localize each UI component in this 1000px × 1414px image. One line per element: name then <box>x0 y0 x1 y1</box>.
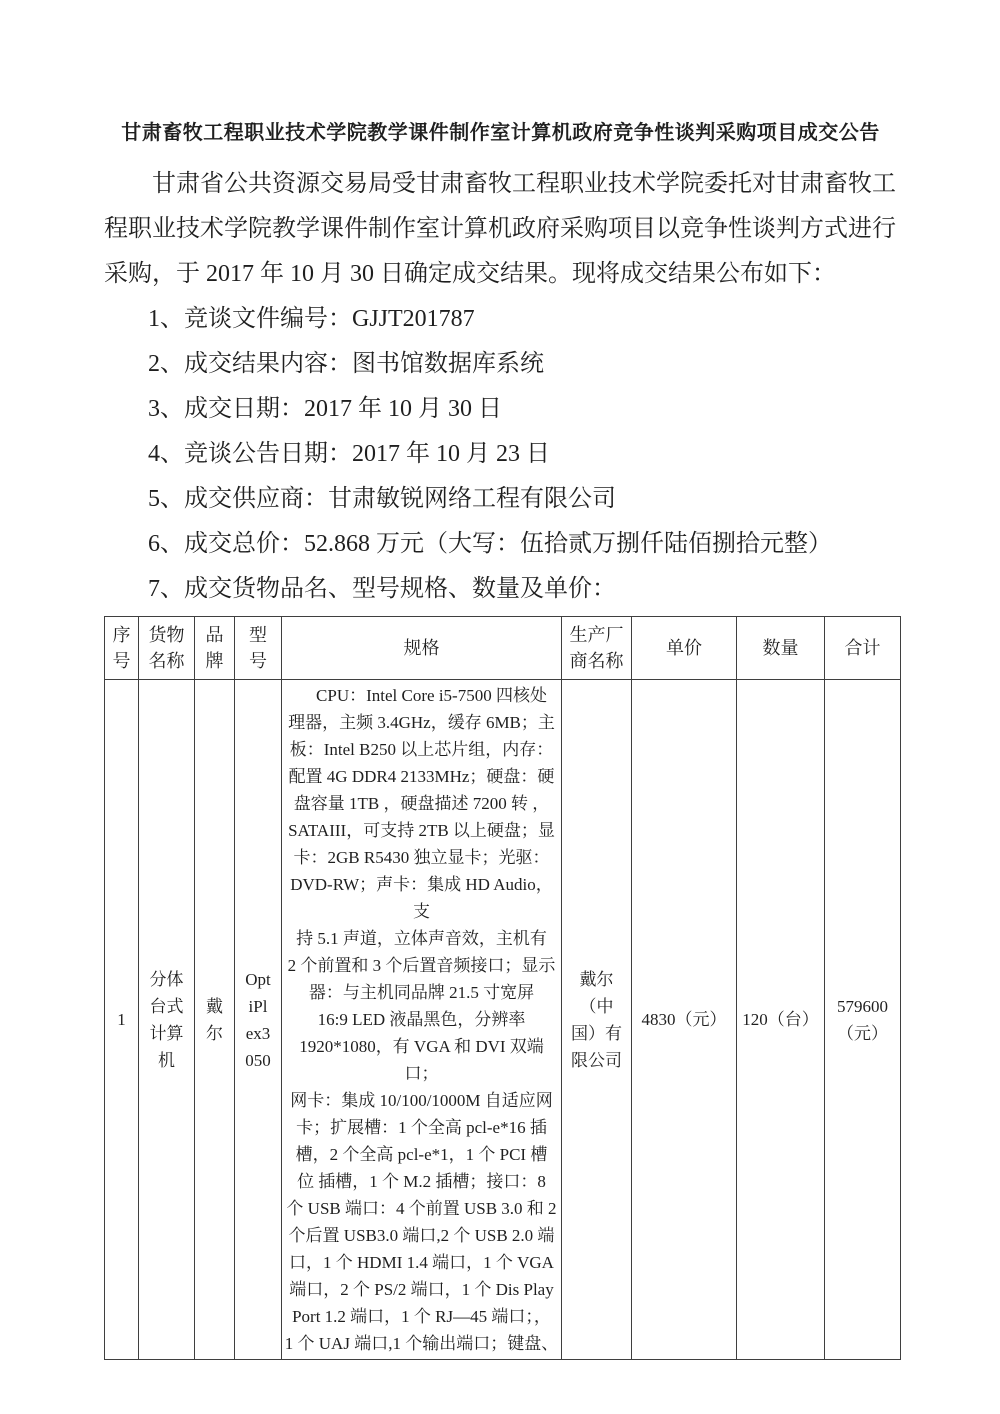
table-row: 1 分体 台式 计算 机 戴 尔 Opt iPl ex3 050 CPU：Int… <box>105 680 901 1360</box>
cell-brand: 戴 尔 <box>195 680 235 1360</box>
header-model: 型 号 <box>235 617 282 680</box>
cell-serial-no: 1 <box>105 680 139 1360</box>
numbered-list: 1、竞谈文件编号：GJJT201787 2、成交结果内容：图书馆数据库系统 3、… <box>104 297 897 612</box>
table-header-row: 序 号 货物 名称 品 牌 型 号 规格 生产厂 商名称 单价 数量 合计 <box>105 617 901 680</box>
cell-unit-price: 4830（元） <box>632 680 737 1360</box>
header-brand: 品 牌 <box>195 617 235 680</box>
list-item-total-price: 6、成交总价：52.868 万元（大写：伍拾贰万捌仟陆佰捌拾元整） <box>104 522 897 567</box>
list-item-award-date: 3、成交日期：2017 年 10 月 30 日 <box>104 387 897 432</box>
list-item-award-content: 2、成交结果内容：图书馆数据库系统 <box>104 342 897 387</box>
header-quantity: 数量 <box>737 617 825 680</box>
cell-manufacturer: 戴尔 （中 国）有 限公司 <box>562 680 632 1360</box>
cell-spec: CPU：Intel Core i5-7500 四核处 理器，主频 3.4GHz，… <box>282 680 562 1360</box>
cell-quantity: 120（台） <box>737 680 825 1360</box>
cell-total: 579600 （元） <box>825 680 901 1360</box>
list-item-supplier: 5、成交供应商：甘肃敏锐网络工程有限公司 <box>104 477 897 522</box>
header-serial-no: 序 号 <box>105 617 139 680</box>
cell-goods-name: 分体 台式 计算 机 <box>139 680 195 1360</box>
header-spec: 规格 <box>282 617 562 680</box>
goods-table: 序 号 货物 名称 品 牌 型 号 规格 生产厂 商名称 单价 数量 合计 1 … <box>104 616 901 1360</box>
page-title: 甘肃畜牧工程职业技术学院教学课件制作室计算机政府竞争性谈判采购项目成交公告 <box>104 120 897 146</box>
header-unit-price: 单价 <box>632 617 737 680</box>
header-goods-name: 货物 名称 <box>139 617 195 680</box>
list-item-goods-intro: 7、成交货物品名、型号规格、数量及单价： <box>104 567 897 612</box>
document-page: 甘肃畜牧工程职业技术学院教学课件制作室计算机政府竞争性谈判采购项目成交公告 甘肃… <box>0 0 1000 1414</box>
header-total: 合计 <box>825 617 901 680</box>
intro-paragraph: 甘肃省公共资源交易局受甘肃畜牧工程职业技术学院委托对甘肃畜牧工 程职业技术学院教… <box>104 162 897 297</box>
cell-model: Opt iPl ex3 050 <box>235 680 282 1360</box>
list-item-announcement-date: 4、竞谈公告日期：2017 年 10 月 23 日 <box>104 432 897 477</box>
header-manufacturer: 生产厂 商名称 <box>562 617 632 680</box>
list-item-negotiation-doc-no: 1、竞谈文件编号：GJJT201787 <box>104 297 897 342</box>
